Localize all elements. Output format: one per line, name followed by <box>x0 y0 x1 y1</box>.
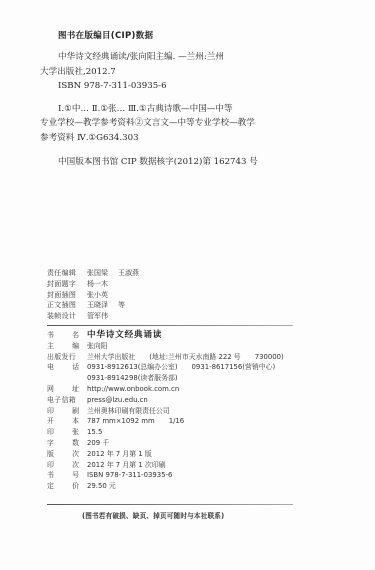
spec-row-phone-2: 0931-8914298(读者服务部) <box>47 373 284 384</box>
spec-label-char: 书 <box>47 470 54 481</box>
spec-row-phone: 电话 0931-8912613(总编办公室)0931-8617156(营销中心) <box>47 362 284 373</box>
printing-value: 2012 年 7 月第 1 次印刷 <box>87 460 166 471</box>
credit-value: 王晓泽 <box>87 301 108 309</box>
spec-label: 电子信箱 <box>47 395 87 406</box>
spacer <box>40 94 290 102</box>
credit-value: 张小英 <box>87 290 108 301</box>
divider-top <box>47 325 293 326</box>
cip-classification-3: 参考资料 Ⅳ.①G634.303 <box>40 131 290 146</box>
credit-row-design: 装帧设计 管军伟 <box>47 311 139 322</box>
edition-value: 2012 年 7 月第 1 版 <box>87 449 152 460</box>
spec-row-printing: 印次 2012 年 7 月第 1 次印刷 <box>47 460 284 471</box>
spec-row-email: 电子信箱 press@lzu.edu.cn <box>47 395 284 406</box>
spec-label-char: 印 <box>47 406 54 417</box>
spec-label-char: 次 <box>72 460 79 471</box>
credit-value: 管军伟 <box>87 311 108 322</box>
spec-label-char: 编 <box>72 341 79 352</box>
spec-row-title: 书名 中华诗文经典诵读 <box>47 330 284 341</box>
printer-name: 兰州奥林印刷有限责任公司 <box>87 406 170 417</box>
credit-label: 装帧设计 <box>47 311 87 322</box>
spec-row-website: 网址 http://www.onbook.com.cn <box>47 384 284 395</box>
credits-list: 责任编辑 张国梁王淑燕 封面题字 杨一木 封面插图 张小英 正文插图 王晓泽等 … <box>47 268 139 322</box>
spec-row-isbn: 书号 ISBN 978-7-311-03935-6 <box>47 470 284 481</box>
credit-value: 杨一木 <box>87 279 108 290</box>
spec-row-price: 定价 29.50 元 <box>47 481 284 492</box>
spec-label-char: 定 <box>47 481 54 492</box>
cip-heading: 图书在版编目(CIP)数据 <box>58 29 153 41</box>
editor-name: 张向阳 <box>87 341 108 352</box>
credit-label: 责任编辑 <box>47 268 87 279</box>
phone-editorial: 0931-8912613(总编办公室) <box>87 363 178 371</box>
credit-label: 正文插图 <box>47 300 87 311</box>
publisher-zip: 730000) <box>255 353 284 361</box>
cip-line-title: 中华诗文经典诵读/张向阳主编. —兰州:兰州 <box>40 50 290 65</box>
spec-row-sheets: 印张 15.5 <box>47 427 284 438</box>
credit-value: 张国梁 <box>87 269 108 277</box>
website-url: http://www.onbook.com.cn <box>87 384 179 395</box>
spec-label-char: 印 <box>47 460 54 471</box>
spec-label-char: 网 <box>47 384 54 395</box>
price-value: 29.50 元 <box>87 481 116 492</box>
spec-label-char: 名 <box>72 330 79 341</box>
credit-value: 王淑燕 <box>118 269 139 277</box>
spec-label-char: 号 <box>72 470 79 481</box>
publisher-name: 兰州大学出版社 <box>87 353 135 361</box>
spec-label-char: 电 <box>47 362 54 373</box>
spec-label-char: 价 <box>72 481 79 492</box>
spec-label-char: 刷 <box>72 406 79 417</box>
cip-line-isbn: ISBN 978-7-311-03935-6 <box>40 79 290 94</box>
spec-label-char: 印 <box>47 427 54 438</box>
publisher-address: (地址:兰州市天水南路 222 号 <box>149 353 240 361</box>
spec-label-char: 字 <box>47 438 54 449</box>
credit-label: 封面插图 <box>47 290 87 301</box>
spec-row-printer: 印刷 兰州奥林印刷有限责任公司 <box>47 406 284 417</box>
credit-row-cover-illustration: 封面插图 张小英 <box>47 290 139 301</box>
cip-classification-2: 专业学校—教学参考资料②文言文—中等专业学校—教学 <box>40 116 290 131</box>
spec-label-char: 书 <box>47 330 54 341</box>
spec-row-edition: 版次 2012 年 7 月第 1 版 <box>47 449 284 460</box>
cip-block: 中华诗文经典诵读/张向阳主编. —兰州:兰州 大学出版社,2012.7 ISBN… <box>40 50 290 170</box>
cip-record-number: 中国版本图书馆 CIP 数据核字(2012)第 162743 号 <box>40 155 290 170</box>
spec-label-char: 张 <box>72 427 79 438</box>
cip-line-publisher: 大学出版社,2012.7 <box>40 65 290 80</box>
isbn-value: ISBN 978-7-311-03935-6 <box>87 470 172 481</box>
spec-label-char: 开 <box>47 416 54 427</box>
spec-row-editor: 主编 张向阳 <box>47 341 284 352</box>
credit-row-cover-title: 封面题字 杨一木 <box>47 279 139 290</box>
credit-row-text-illustration: 正文插图 王晓泽等 <box>47 300 139 311</box>
cip-classification-1: Ⅰ.①中… Ⅱ.①张… Ⅲ.①古典诗歌—中国—中等 <box>40 102 290 117</box>
spec-row-word-count: 字数 209 千 <box>47 438 284 449</box>
credit-label: 封面题字 <box>47 279 87 290</box>
word-count-value: 209 千 <box>87 438 109 449</box>
phone-marketing: 0931-8617156(营销中心) <box>192 363 276 371</box>
spec-label-char: 数 <box>72 438 79 449</box>
spec-label-char: 版 <box>47 449 54 460</box>
format-size: 787 mm×1092 mm <box>87 417 155 425</box>
spec-row-publisher: 出版发行 兰州大学出版社(地址:兰州市天水南路 222 号730000) <box>47 352 284 363</box>
spec-label-char: 主 <box>47 341 54 352</box>
spec-row-format: 开本 787 mm×1092 mm1/16 <box>47 416 284 427</box>
spec-label-char: 本 <box>72 416 79 427</box>
book-title: 中华诗文经典诵读 <box>87 330 162 341</box>
sheets-value: 15.5 <box>87 427 102 438</box>
format-fraction: 1/16 <box>169 417 184 425</box>
spec-label-char: 次 <box>72 449 79 460</box>
spec-label: 出版发行 <box>47 352 87 363</box>
credit-value: 等 <box>118 301 125 309</box>
divider-bottom <box>47 504 293 505</box>
specs-list: 书名 中华诗文经典诵读 主编 张向阳 出版发行 兰州大学出版社(地址:兰州市天水… <box>47 330 284 492</box>
email-address: press@lzu.edu.cn <box>87 395 148 406</box>
damage-notice: (图书若有破损、缺页、掉页可随时与本社联系) <box>82 510 224 520</box>
spec-label-char: 址 <box>72 384 79 395</box>
phone-reader-service: 0931-8914298(读者服务部) <box>87 373 178 384</box>
spec-label-char: 话 <box>72 362 79 373</box>
credit-row-editor: 责任编辑 张国梁王淑燕 <box>47 268 139 279</box>
